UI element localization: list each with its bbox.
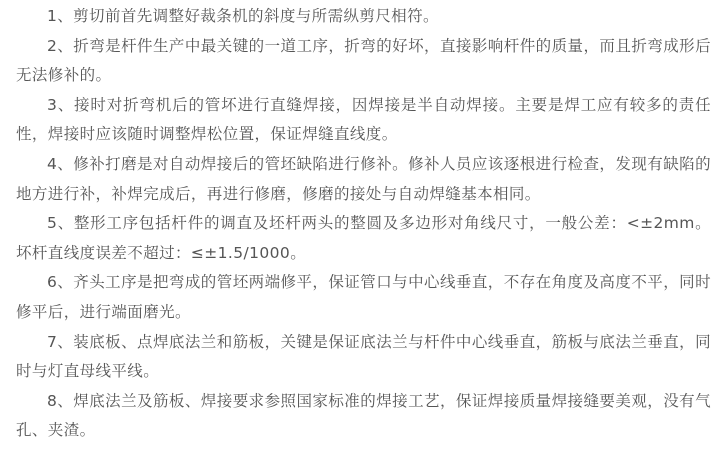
step-8-paragraph: 8、焊底法兰及筋板、焊接要求参照国家标准的焊接工艺，保证焊接质量焊接缝要美观，没…: [16, 387, 711, 446]
step-1-paragraph: 1、剪切前首先调整好裁条机的斜度与所需纵剪尺相符。: [16, 2, 711, 32]
step-7-paragraph: 7、装底板、点焊底法兰和筋板，关键是保证底法兰与杆件中心线垂直，筋板与底法兰垂直…: [16, 328, 711, 387]
document-body: 1、剪切前首先调整好裁条机的斜度与所需纵剪尺相符。 2、折弯是杆件生产中最关键的…: [0, 0, 719, 446]
step-6-paragraph: 6、齐头工序是把弯成的管坯两端修平，保证管口与中心线垂直，不存在角度及高度不平，…: [16, 268, 711, 327]
step-5-paragraph: 5、整形工序包括杆件的调直及坯杆两头的整圆及多边形对角线尺寸，一般公差：<±2m…: [16, 209, 711, 268]
step-2-paragraph: 2、折弯是杆件生产中最关键的一道工序，折弯的好坏，直接影响杆件的质量，而且折弯成…: [16, 32, 711, 91]
step-4-paragraph: 4、修补打磨是对自动焊接后的管坯缺陷进行修补。修补人员应该逐根进行检查，发现有缺…: [16, 150, 711, 209]
step-3-paragraph: 3、接时对折弯机后的管坏进行直缝焊接，因焊接是半自动焊接。主要是焊工应有较多的责…: [16, 91, 711, 150]
